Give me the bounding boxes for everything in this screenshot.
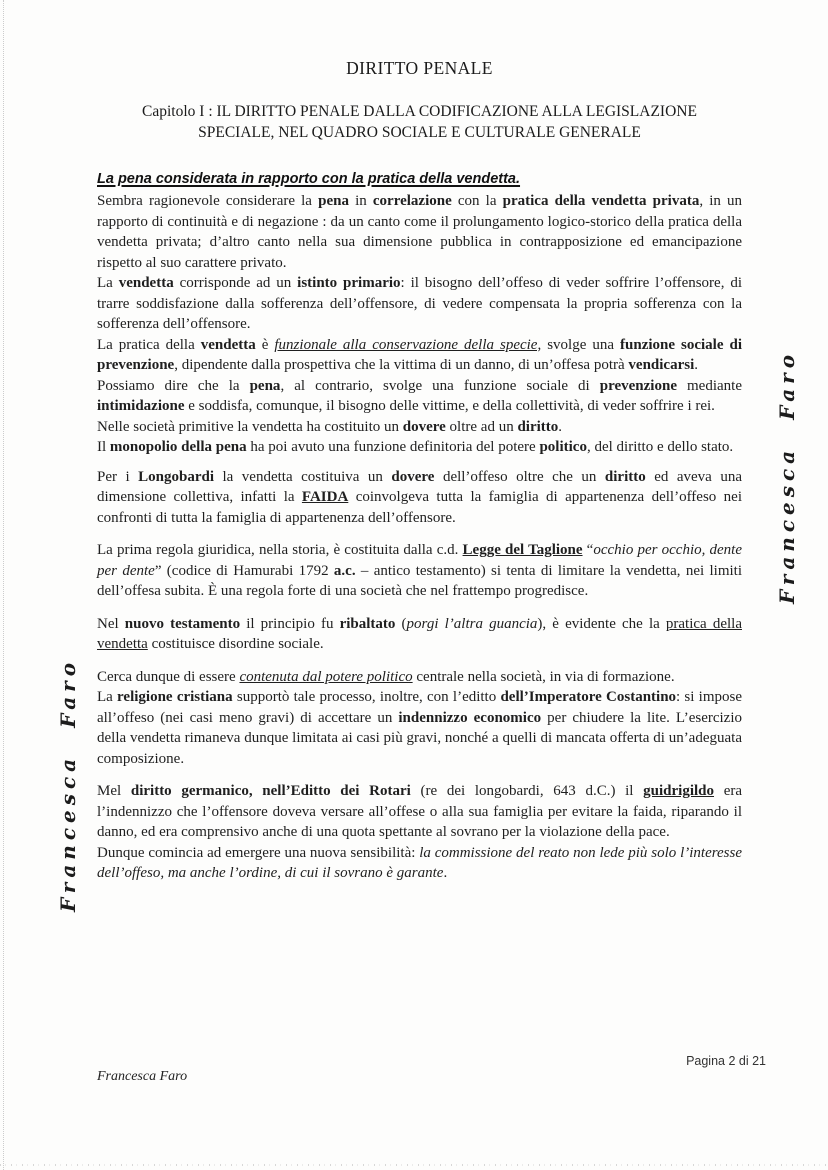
text-run: FAIDA [302, 489, 348, 505]
text-run: istinto primario [297, 275, 400, 291]
text-run: religione cristiana [117, 689, 233, 705]
text-run: il principio fu [240, 616, 340, 632]
text-run: vendetta [201, 337, 256, 353]
text-run: corrisponde ad un [174, 275, 297, 291]
document-content: DIRITTO PENALE Capitolo I : IL DIRITTO P… [97, 58, 742, 884]
text-run: La [97, 275, 119, 291]
text-run: (re dei longobardi, 643 d.C.) il [411, 783, 643, 799]
text-run: ribaltato [340, 616, 396, 632]
text-run: Mel [97, 783, 131, 799]
chapter-heading-line-2: SPECIALE, NEL QUADRO SOCIALE E CULTURALE… [97, 122, 742, 143]
page-title: DIRITTO PENALE [97, 58, 742, 79]
text-run: Legge del Taglione [463, 542, 583, 558]
text-run: ( [395, 616, 406, 632]
footer-author: Francesca Faro [97, 1069, 187, 1085]
paragraph: Possiamo dire che la pena, al contrario,… [97, 376, 742, 417]
text-run: La prima regola giuridica, nella storia,… [97, 542, 463, 558]
text-run: in [349, 193, 373, 209]
text-run: pena [318, 193, 349, 209]
text-run: porgi l’altra guancia [407, 616, 538, 632]
document-body: Sembra ragionevole considerare la pena i… [97, 191, 742, 884]
paragraph: Sembra ragionevole considerare la pena i… [97, 191, 742, 273]
text-run: vendicarsi [628, 357, 694, 373]
text-run: La [97, 689, 117, 705]
paragraph: La prima regola giuridica, nella storia,… [97, 540, 742, 602]
text-run: , del diritto e dello stato. [587, 439, 733, 455]
text-run: mediante [677, 378, 742, 394]
paragraph: La religione cristiana supportò tale pro… [97, 687, 742, 769]
text-run: la vendetta costituiva un [214, 469, 391, 485]
footer-page-number: Pagina 2 di 21 [686, 1054, 766, 1068]
paragraph: La vendetta corrisponde ad un istinto pr… [97, 273, 742, 335]
text-run: ), è evidente che la [537, 616, 665, 632]
text-run: Sembra ragionevole considerare la [97, 193, 318, 209]
paragraph: Dunque comincia ad emergere una nuova se… [97, 843, 742, 884]
text-run: prevenzione [600, 378, 677, 394]
watermark-left: Francesca Faro [55, 655, 81, 915]
scan-bottom-noise [0, 1164, 828, 1166]
text-run: a.c. [334, 563, 356, 579]
text-run: oltre ad un [446, 419, 518, 435]
text-run: dovere [391, 469, 434, 485]
chapter-heading: Capitolo I : IL DIRITTO PENALE DALLA COD… [97, 101, 742, 143]
text-run: nuovo testamento [125, 616, 240, 632]
text-run: “ [583, 542, 594, 558]
text-run: e soddisfa, comunque, il bisogno delle v… [185, 398, 715, 414]
text-run: Nel [97, 616, 125, 632]
text-run: svolge una [541, 337, 620, 353]
paragraph: Mel diritto germanico, nell’Editto dei R… [97, 781, 742, 843]
text-run: . [558, 419, 562, 435]
text-run: Possiamo dire che la [97, 378, 250, 394]
text-run: Nelle società primitive la vendetta ha c… [97, 419, 403, 435]
text-run: diritto [517, 419, 558, 435]
text-run: indennizzo economico [398, 710, 541, 726]
text-run: . [694, 357, 698, 373]
text-run: centrale nella società, in via di formaz… [413, 669, 675, 685]
scanned-document-page: Francesca Faro Francesca Faro DIRITTO PE… [0, 0, 828, 1170]
text-run: supportò tale processo, inoltre, con l’e… [233, 689, 501, 705]
text-run: vendetta [119, 275, 174, 291]
watermark-right: Francesca Faro [774, 347, 800, 607]
text-run: con la [452, 193, 503, 209]
text-run: , al contrario, svolge una funzione soci… [280, 378, 599, 394]
paragraph: Nel nuovo testamento il principio fu rib… [97, 614, 742, 655]
text-run: funzionale alla conservazione della spec… [274, 337, 541, 353]
text-run: è [256, 337, 275, 353]
text-run: ” (codice di Hamurabi 1792 [155, 563, 334, 579]
text-run: intimidazione [97, 398, 185, 414]
section-heading: La pena considerata in rapporto con la p… [97, 169, 742, 189]
text-run: dell’offeso oltre che un [434, 469, 604, 485]
text-run: La pratica della [97, 337, 201, 353]
text-run: monopolio della pena [110, 439, 247, 455]
text-run: correlazione [373, 193, 452, 209]
text-run: pratica della vendetta privata [503, 193, 700, 209]
text-run: Per i [97, 469, 138, 485]
text-run: costituisce disordine sociale. [148, 636, 324, 652]
chapter-heading-line-1: Capitolo I : IL DIRITTO PENALE DALLA COD… [97, 101, 742, 122]
scan-edge-line [3, 0, 4, 1170]
text-run: politico [539, 439, 587, 455]
text-run: Dunque comincia ad emergere una nuova se… [97, 845, 419, 861]
text-run: guidrigildo [643, 783, 714, 799]
text-run: pena [250, 378, 281, 394]
paragraph: Per i Longobardi la vendetta costituiva … [97, 467, 742, 529]
paragraph: Nelle società primitive la vendetta ha c… [97, 417, 742, 438]
text-run: , dipendente dalla prospettiva che la vi… [174, 357, 628, 373]
paragraph: La pratica della vendetta è funzionale a… [97, 335, 742, 376]
text-run: diritto [605, 469, 646, 485]
text-run: dovere [403, 419, 446, 435]
text-run: Il [97, 439, 110, 455]
text-run: Cerca dunque di essere [97, 669, 239, 685]
text-run: Longobardi [138, 469, 214, 485]
text-run: ha poi avuto una funzione definitoria de… [247, 439, 540, 455]
paragraph: Il monopolio della pena ha poi avuto una… [97, 437, 742, 458]
text-run: diritto germanico, nell’Editto dei Rotar… [131, 783, 411, 799]
text-run: contenuta dal potere politico [239, 669, 412, 685]
paragraph: Cerca dunque di essere contenuta dal pot… [97, 667, 742, 688]
text-run: dell’Imperatore Costantino [500, 689, 676, 705]
text-run: . [443, 865, 447, 881]
